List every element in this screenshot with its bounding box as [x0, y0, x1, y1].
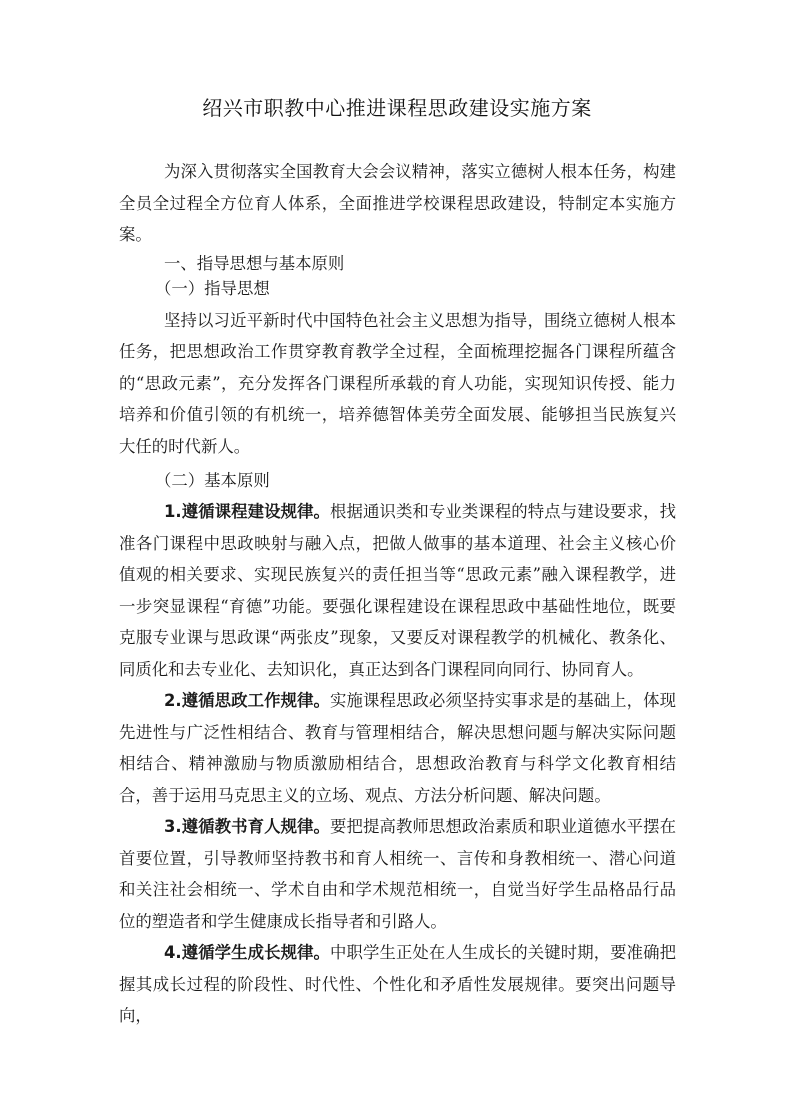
principle-1-body: 根据通识类和专业类课程的特点与建设要求，找准各门课程中思政映射与融入点，把做人做…: [119, 502, 676, 679]
section-heading-1: 一、指导思想与基本原则: [119, 251, 676, 276]
guiding-ideology-paragraph: 坚持以习近平新时代中国特色社会主义思想为指导，围绕立德树人根本任务，把思想政治工…: [119, 305, 676, 463]
intro-paragraph: 为深入贯彻落实全国教育大会会议精神，落实立德树人根本任务，构建全员全过程全方位育…: [119, 156, 676, 251]
principle-2-lead: 2.遵循思政工作规律。: [164, 691, 330, 710]
principle-1-paragraph: 1.遵循课程建设规律。根据通识类和专业类课程的特点与建设要求，找准各门课程中思政…: [119, 496, 676, 685]
principle-2-paragraph: 2.遵循思政工作规律。实施课程思政必须坚持实事求是的基础上，体现先进性与广泛性相…: [119, 685, 676, 811]
principle-1-lead: 1.遵循课程建设规律。: [164, 502, 330, 521]
document-body: 为深入贯彻落实全国教育大会会议精神，落实立德树人根本任务，构建全员全过程全方位育…: [119, 156, 676, 1032]
subsection-heading-guiding-ideology: （一）指导思想: [119, 276, 676, 301]
principle-3-lead: 3.遵循教书育人规律。: [164, 817, 330, 836]
subsection-heading-basic-principles: （二）基本原则: [119, 468, 676, 493]
principle-4-lead: 4.遵循学生成长规律。: [164, 943, 330, 962]
principle-4-paragraph: 4.遵循学生成长规律。中职学生正处在人生成长的关键时期，要准确把握其成长过程的阶…: [119, 937, 676, 1032]
principle-3-paragraph: 3.遵循教书育人规律。要把提高教师思想政治素质和职业道德水平摆在首要位置，引导教…: [119, 811, 676, 937]
document-page: 绍兴市职教中心推进课程思政建设实施方案 为深入贯彻落实全国教育大会会议精神，落实…: [0, 0, 794, 1108]
document-title: 绍兴市职教中心推进课程思政建设实施方案: [0, 92, 794, 121]
